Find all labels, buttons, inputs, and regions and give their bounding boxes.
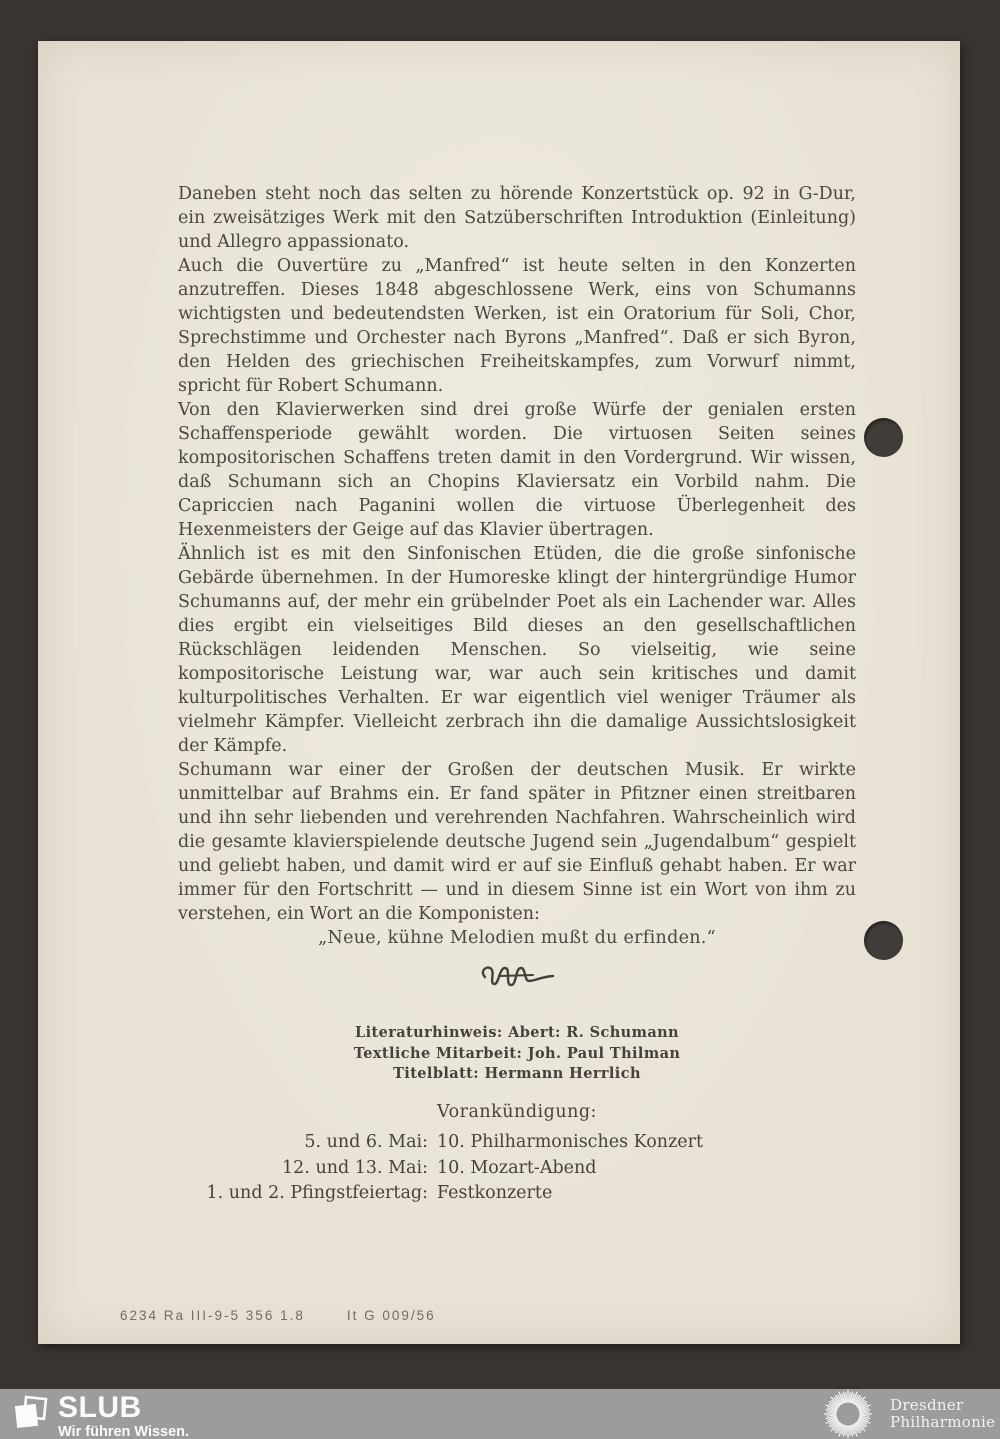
partner-line1: Dresdner [890, 1397, 995, 1415]
credit-line: Titelblatt: Hermann Herrlich [178, 1064, 856, 1085]
slub-wordmark: SLUB Wir führen Wissen. [58, 1392, 189, 1439]
announcement-event: 10. Philharmonisches Konzert [437, 1130, 856, 1156]
open-book-icon [13, 1395, 49, 1431]
paragraph: Ähnlich ist es mit den Sinfonischen Etüd… [178, 542, 856, 758]
schumann-quote: „Neue, kühne Melodien mußt du erfinden.“ [178, 926, 856, 950]
paragraph: Daneben steht noch das selten zu hörende… [178, 182, 856, 254]
credits-block: Literaturhinweis: Abert: R. Schumann Tex… [178, 1023, 856, 1085]
announcement-date: 5. und 6. Mai: [178, 1130, 428, 1156]
announcement-date: 1. und 2. Pfingstfeiertag: [178, 1181, 428, 1207]
paragraph: Schumann war einer der Großen der deutsc… [178, 758, 856, 926]
partner-wordmark: Dresdner Philharmonie [890, 1397, 995, 1432]
scanned-page: Daneben steht noch das selten zu hörende… [38, 41, 960, 1344]
flourish-ornament-icon [478, 963, 556, 989]
announcement-event: 10. Mozart-Abend [437, 1156, 856, 1182]
punch-hole [864, 418, 903, 457]
announcements-list: 5. und 6. Mai: 10. Philharmonisches Konz… [178, 1130, 856, 1207]
punch-hole [864, 921, 903, 960]
announcements-block: Vorankündigung: 5. und 6. Mai: 10. Philh… [178, 1102, 856, 1207]
scan-background: Daneben steht noch das selten zu hörende… [0, 0, 1000, 1439]
announcements-title: Vorankündigung: [178, 1102, 856, 1122]
paragraph: Von den Klavierwerken sind drei große Wü… [178, 398, 856, 542]
starburst-icon [820, 1386, 876, 1439]
print-code-right: It G 009/56 [347, 1308, 436, 1323]
slub-tagline: Wir führen Wissen. [58, 1424, 189, 1439]
paragraph: Auch die Ouvertüre zu „Manfred“ ist heut… [178, 254, 856, 398]
announcement-event: Festkonzerte [437, 1181, 856, 1207]
partner-line2: Philharmonie [890, 1414, 995, 1432]
credit-line: Literaturhinweis: Abert: R. Schumann [178, 1023, 856, 1044]
announcement-date: 12. und 13. Mai: [178, 1156, 428, 1182]
slub-logo: SLUB Wir führen Wissen. [13, 1392, 189, 1439]
library-footer-bar: SLUB Wir führen Wissen. Dresdner Philhar… [0, 1389, 1000, 1439]
dresdner-philharmonie-logo: Dresdner Philharmonie [820, 1389, 995, 1439]
credit-line: Textliche Mitarbeit: Joh. Paul Thilman [178, 1044, 856, 1065]
print-code: 6234 Ra III-9-5 356 1.8It G 009/56 [120, 1308, 436, 1323]
print-code-left: 6234 Ra III-9-5 356 1.8 [120, 1308, 305, 1323]
slub-name: SLUB [58, 1392, 189, 1423]
body-text: Daneben steht noch das selten zu hörende… [178, 182, 856, 989]
